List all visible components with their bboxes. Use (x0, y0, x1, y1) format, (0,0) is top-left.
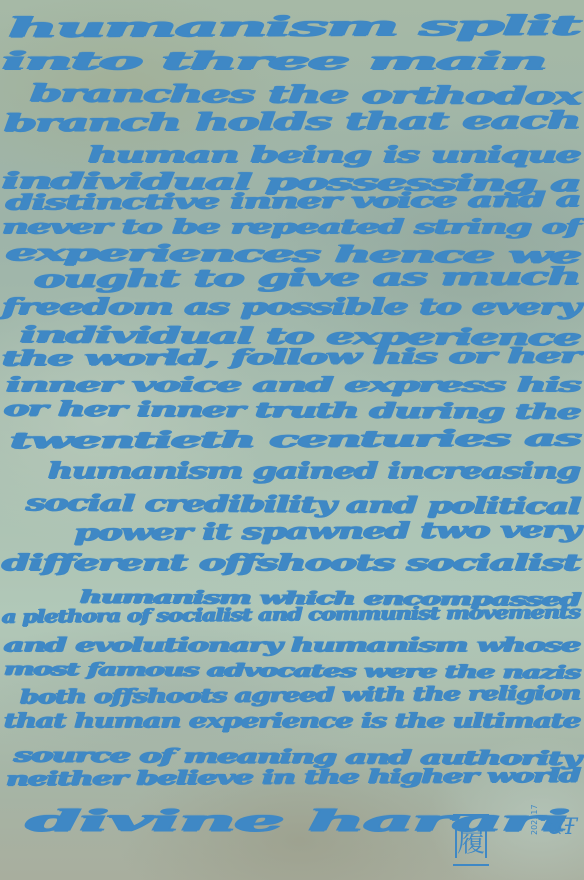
script-line: a plethora of socialist and communist mo… (2, 602, 580, 628)
script-line: power it spawned two very (74, 516, 580, 546)
script-line: branch holds that each (4, 106, 580, 137)
script-line: that human experience is the ultimate (4, 709, 580, 733)
script-line: human being is unique (88, 141, 580, 167)
script-line: and evolutionary humanism whose (4, 633, 580, 656)
script-line: the world, follow his or her (2, 344, 581, 371)
script-line: inner voice and express his (6, 373, 580, 397)
date-inscription: 202117 (530, 804, 539, 835)
script-line: distinctive inner voice and a (6, 188, 580, 215)
script-line: humanism gained increasing (48, 457, 580, 483)
artist-monogram: ᴓŦ (548, 815, 577, 840)
script-line: humanism split (8, 10, 581, 44)
script-line: ought to give as much (34, 263, 580, 294)
script-line: branches the orthodox (30, 80, 581, 111)
script-line: or her inner truth during the (4, 397, 580, 424)
script-line: freedom as possible to every (2, 293, 580, 319)
script-line: twentieth centuries as (10, 425, 581, 454)
script-line: different offshoots socialist (2, 549, 580, 575)
script-line: never to be repeated string of (2, 215, 580, 239)
script-line: both offshoots agreed with the religion (20, 681, 580, 708)
script-line: into three main (2, 48, 545, 76)
script-line: social credibility and political (26, 489, 581, 519)
script-line: most famous advocates were the nazis (4, 659, 580, 683)
painting-canvas: humanism splitinto three mainbranches th… (0, 0, 584, 880)
seal-stamp-icon: 履 (453, 814, 489, 866)
script-line: neither believe in the higher world (6, 763, 580, 790)
